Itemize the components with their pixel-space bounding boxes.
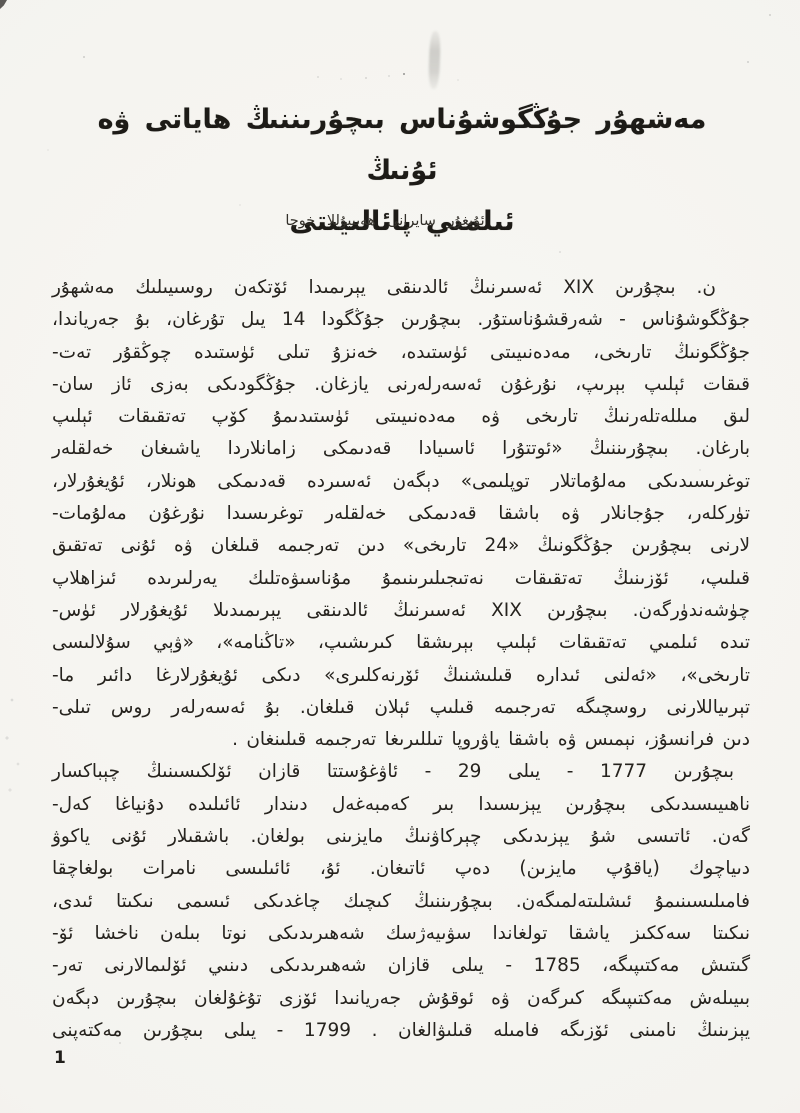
text-line: ناھىيىسىدىكى بىچۇرىن يېزىسىدا بىر كەمبەغ… <box>52 789 750 821</box>
text-line: بىچۇرىن 1777 - يىلى 29 - ئاۋغۇستتا قازان… <box>52 756 750 788</box>
article-title-line1: مەشھۇر جۇڭگوشۇناس بىچۇرىننىڭ ھاياتى ۋە ئ… <box>60 94 744 196</box>
text-line: گەن. ئاتىسى شۇ يېزىدىكى چېركاۋنىڭ مايزىن… <box>52 821 750 853</box>
byline: ئۇيغۇر سايرانى ھەبىبۇللا خوجا <box>0 213 770 229</box>
body-text: ن. بىچۇرىن XIX ئەسىرنىڭ ئالدىنقى يېرىمىد… <box>52 272 750 1047</box>
paragraph: ن. بىچۇرىن XIX ئەسىرنىڭ ئالدىنقى يېرىمىد… <box>52 272 750 756</box>
text-line: بىيىلەش مەكتىپىگە كىرگەن ۋە ئوقۇش جەريان… <box>52 983 750 1015</box>
text-line: ن. بىچۇرىن XIX ئەسىرنىڭ ئالدىنقى يېرىمىد… <box>52 272 750 304</box>
text-line: دىن فرانسۇز، نېمىس ۋە باشقا ياۋروپا تىلل… <box>52 724 750 756</box>
text-line: جۇڭگونىڭ تارىخى، مەدەنىيىتى ئۈستىدە، خەن… <box>52 337 750 369</box>
paragraph: بىچۇرىن 1777 - يىلى 29 - ئاۋغۇستتا قازان… <box>52 756 750 1047</box>
text-line: لارنى بىچۇرىن جۇڭگونىڭ «24 تارىخى» دىن ت… <box>52 530 750 562</box>
text-line: نىكىتا سەككىز ياشقا تولغاندا سۋىيەژسك شە… <box>52 918 750 950</box>
text-line: تېرىياللارنى روسچىگە تەرجىمە قىلىپ ئېلان… <box>52 692 750 724</box>
text-line: تىدە ئىلمىي تەتقىقات ئېلىپ بېرىشقا كىرىش… <box>52 627 750 659</box>
text-line: قىقات ئېلىپ بېرىپ، نۇرغۇن ئەسەرلەرنى ياز… <box>52 369 750 401</box>
text-line: تارىخى»، «ئەلنى ئىدارە قىلىشنىڭ ئۆرنەكلى… <box>52 660 750 692</box>
text-line: گىتىش مەكتىپىگە، 1785 - يىلى قازان شەھىر… <box>52 950 750 982</box>
text-line: دىياچوك (ياقۇپ مايزىن) دەپ ئاتىغان. ئۇ، … <box>52 853 750 885</box>
text-line: جۇڭگوشۇناس - شەرقشۇناستۇر. بىچۇرىن جۇڭگو… <box>52 304 750 336</box>
text-line: تۈركلەر، جۇجانلار ۋە باشقا قەدىمكى خەلقل… <box>52 498 750 530</box>
text-line: قىلىپ، ئۆزىنىڭ تەتقىقات نەتىجىلىرىنىمۇ م… <box>52 563 750 595</box>
text-line: بارغان. بىچۇرىننىڭ «ئوتتۇرا ئاسىيادا قەد… <box>52 433 750 465</box>
text-line: فامىلىسىنىمۇ ئىشلىتەلمىگەن. بىچۇرىننىڭ ك… <box>52 886 750 918</box>
text-line: چۈشەندۈرگەن. بىچۇرىن XIX ئەسىرنىڭ ئالدىن… <box>52 595 750 627</box>
scanned-document-page: مەشھۇر جۇڭگوشۇناس بىچۇرىننىڭ ھاياتى ۋە ئ… <box>0 0 800 1113</box>
text-line: توغرىسىدىكى مەلۇماتلار توپلىمى» دېگەن ئە… <box>52 466 750 498</box>
text-line: لىق مىللەتلەرنىڭ تارىخى ۋە مەدەنىيىتى ئۈ… <box>52 401 750 433</box>
page-number: 1 <box>54 1048 66 1068</box>
scan-smudge-artifact <box>428 31 441 89</box>
scan-corner-artifact <box>0 0 7 9</box>
text-line: يېزىنىڭ نامىنى ئۆزىگە فامىلە قىلىۋالغان … <box>52 1015 750 1047</box>
